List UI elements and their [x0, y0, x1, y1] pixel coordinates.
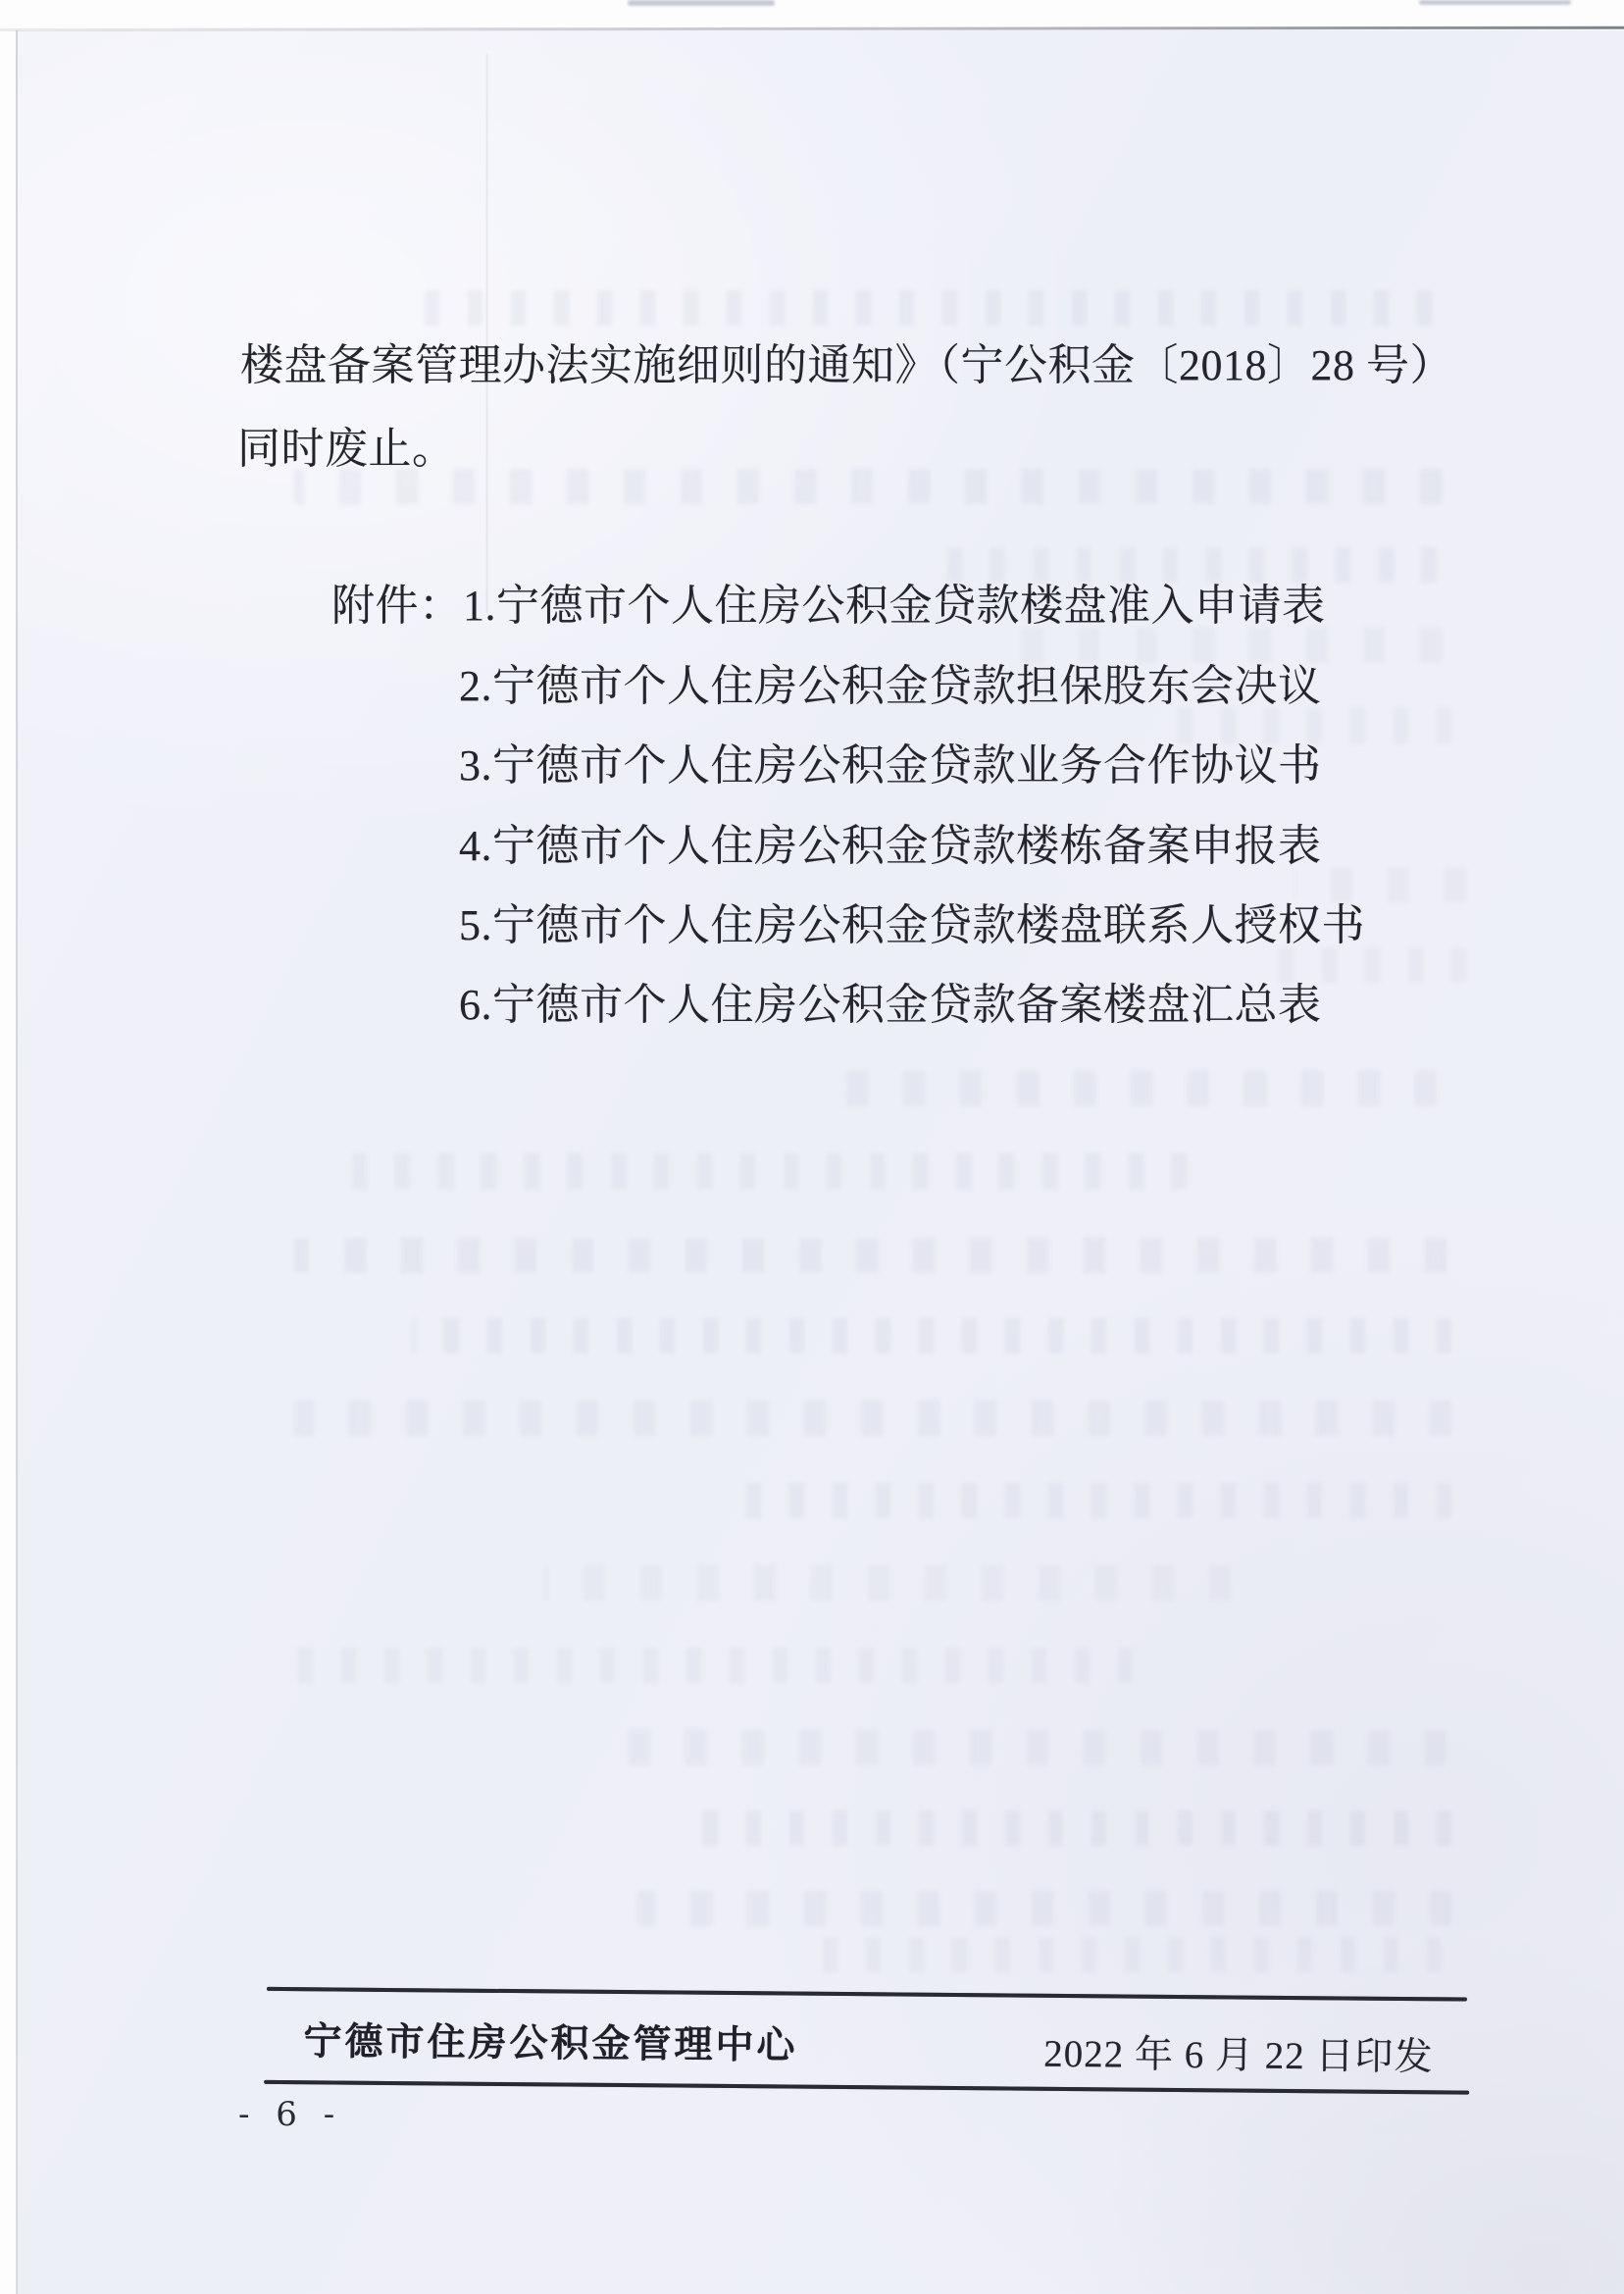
attachments-label: 附件：: [331, 582, 463, 630]
body-line-1: 楼盘备案管理办法实施细则的通知》（宁公积金〔2018〕28 号）: [240, 341, 1453, 389]
attachment-item-4: 4.宁德市个人住房公积金贷款楼栋备案申报表: [459, 822, 1322, 870]
attachment-item-5: 5.宁德市个人住房公积金贷款楼盘联系人授权书: [459, 901, 1365, 949]
attachment-item-3: 3.宁德市个人住房公积金贷款业务合作协议书: [459, 741, 1322, 790]
scan-smudge: [628, 0, 775, 6]
page-number: - 6 -: [238, 2095, 342, 2134]
footer-issuer: 宁德市住房公积金管理中心: [303, 2011, 797, 2069]
scan-smudge: [1419, 0, 1571, 5]
attachment-item-2: 2.宁德市个人住房公积金贷款担保股东会决议: [459, 662, 1322, 710]
scanned-document-page: 楼盘备案管理办法实施细则的通知》（宁公积金〔2018〕28 号） 同时废止。 附…: [0, 0, 1624, 2294]
page-left-edge: [16, 30, 18, 2294]
attachment-item-6: 6.宁德市个人住房公积金贷款备案楼盘汇总表: [459, 981, 1322, 1029]
footer-print-date: 2022 年 6 月 22 日印发: [1043, 2023, 1434, 2081]
footer-bottom-rule: [264, 2080, 1469, 2094]
footer-top-rule: [267, 1987, 1467, 2001]
footer-block: 宁德市住房公积金管理中心 2022 年 6 月 22 日印发: [262, 1981, 1471, 2154]
body-line-2: 同时废止。: [237, 425, 456, 473]
paper-crease: [486, 54, 487, 613]
attachment-item-1: 1.宁德市个人住房公积金贷款楼盘准入申请表: [463, 582, 1326, 630]
